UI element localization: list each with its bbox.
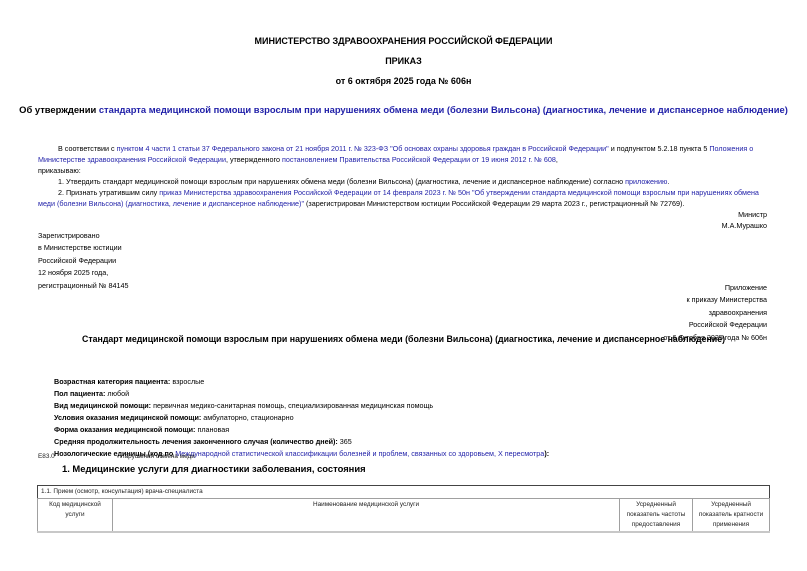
appendix-line: к приказу Министерства xyxy=(663,294,767,306)
services-table: 1.1. Прием (осмотр, консультация) врача-… xyxy=(37,485,770,533)
item-1-end: . xyxy=(667,177,669,186)
icd10-link[interactable]: Международной статистической классификац… xyxy=(175,449,544,458)
appendix-line: Российской Федерации xyxy=(663,319,767,331)
registration-line: Российской Федерации xyxy=(38,255,128,267)
prop-age: Возрастная категория пациента: взрослые xyxy=(54,376,549,388)
nosology-row: E83.0Нарушения обмена меди xyxy=(38,453,195,460)
doc-date-number: от 6 октября 2025 года № 606н xyxy=(0,76,807,86)
registration-line: регистрационный № 84145 xyxy=(38,280,128,292)
column-header: Код медицинской услуги xyxy=(38,499,113,533)
preamble-text: , xyxy=(556,155,558,164)
signature-position: Министр xyxy=(738,209,767,220)
nosology-code: E83.0 xyxy=(38,453,120,460)
signature-name: М.А.Мурашко xyxy=(722,220,767,231)
appendix-line: Приложение xyxy=(663,282,767,294)
title-prefix: Об утверждении xyxy=(19,104,99,115)
appendix-link[interactable]: приложению xyxy=(625,177,667,186)
table-caption: 1.1. Прием (осмотр, консультация) врача-… xyxy=(38,486,770,499)
item-2-end: (зарегистрирован Министерством юстиции Р… xyxy=(304,199,684,208)
item-1-text: 1. Утвердить стандарт медицинской помощи… xyxy=(58,177,625,186)
item-2: 2. Признать утратившим силу приказ Минис… xyxy=(38,187,770,209)
preamble: В соответствии с пунктом 4 части 1 стать… xyxy=(38,143,770,165)
resolution-link[interactable]: постановлением Правительства Российской … xyxy=(282,155,556,164)
standard-title: Стандарт медицинской помощи взрослым при… xyxy=(0,334,807,344)
preamble-text: , утвержденного xyxy=(226,155,282,164)
prop-form: Форма оказания медицинской помощи: плано… xyxy=(54,424,549,436)
section-title: 1. Медицинские услуги для диагностики за… xyxy=(62,463,366,474)
nosology-name: Нарушения обмена меди xyxy=(120,453,195,460)
column-header: Усредненный показатель кратности примене… xyxy=(693,499,770,533)
document-title: Об утверждении стандарта медицинской пом… xyxy=(0,104,807,115)
registration-block: Зарегистрировано в Министерстве юстиции … xyxy=(38,230,128,292)
ministry-header: МИНИСТЕРСТВО ЗДРАВООХРАНЕНИЯ РОССИЙСКОЙ … xyxy=(0,36,807,46)
item-2-text: 2. Признать утратившим силу xyxy=(58,188,159,197)
registration-line: в Министерстве юстиции xyxy=(38,242,128,254)
standard-properties: Возрастная категория пациента: взрослые … xyxy=(54,376,549,460)
order-word: приказываю: xyxy=(38,165,770,176)
preamble-text: и подпунктом 5.2.18 пункта 5 xyxy=(609,144,710,153)
doc-type: ПРИКАЗ xyxy=(0,56,807,66)
prop-care-type: Вид медицинской помощи: первичная медико… xyxy=(54,400,549,412)
preamble-text: В соответствии с xyxy=(58,144,117,153)
prop-sex: Пол пациента: любой xyxy=(54,388,549,400)
law-link[interactable]: пунктом 4 части 1 статьи 37 Федерального… xyxy=(117,144,609,153)
appendix-line: здравоохранения xyxy=(663,307,767,319)
prop-conditions: Условия оказания медицинской помощи: амб… xyxy=(54,412,549,424)
registration-line: Зарегистрировано xyxy=(38,230,128,242)
prop-duration: Средняя продолжительность лечения законч… xyxy=(54,436,549,448)
title-link[interactable]: стандарта медицинской помощи взрослым пр… xyxy=(99,104,788,115)
column-header: Усредненный показатель частоты предостав… xyxy=(620,499,693,533)
registration-line: 12 ноября 2025 года, xyxy=(38,267,128,279)
item-1: 1. Утвердить стандарт медицинской помощи… xyxy=(38,176,770,187)
column-header: Наименование медицинской услуги xyxy=(113,499,620,533)
